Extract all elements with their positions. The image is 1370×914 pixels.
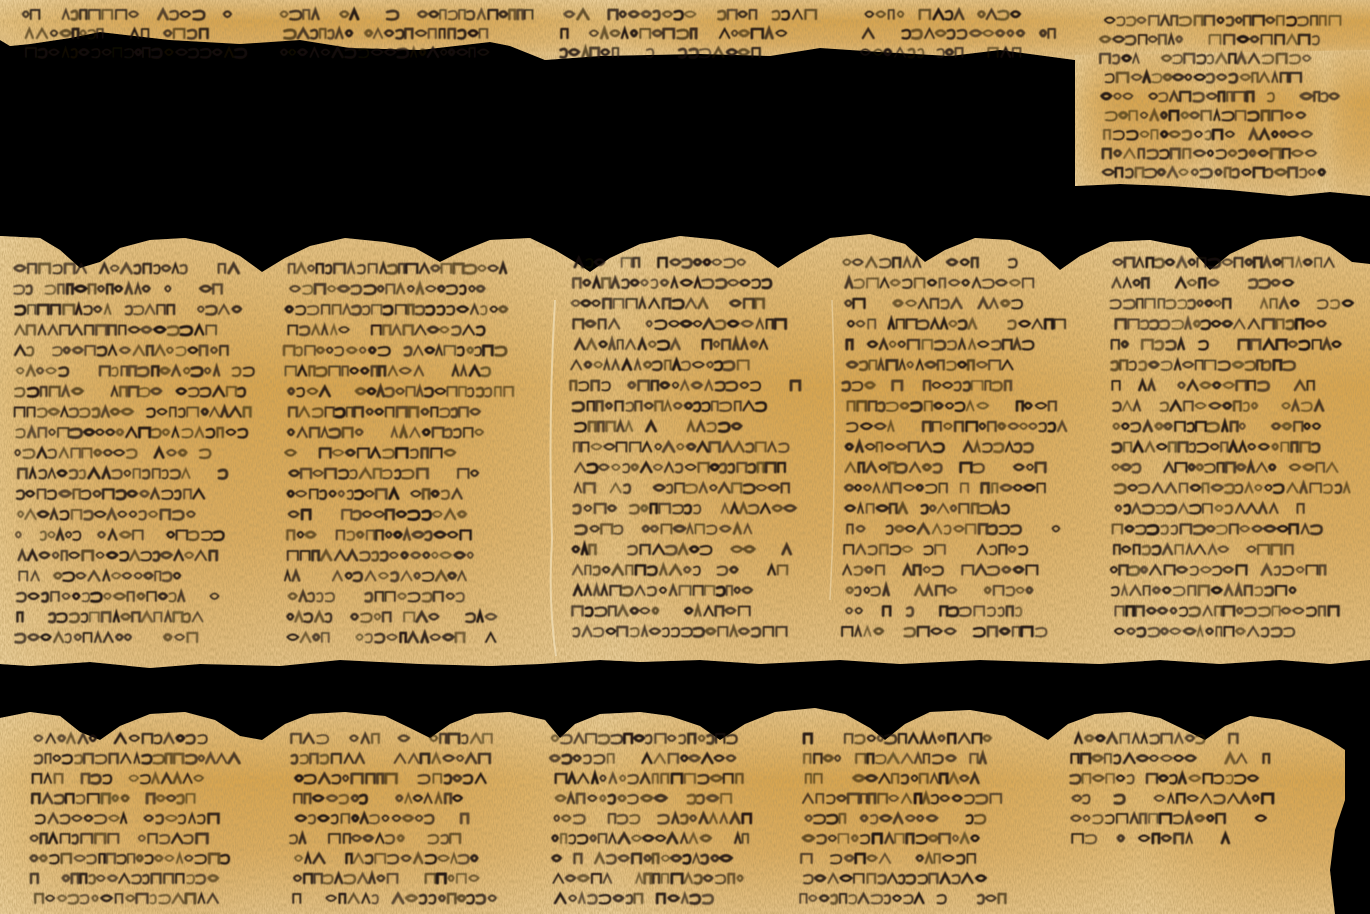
papyrus-photo: [0, 0, 1370, 914]
